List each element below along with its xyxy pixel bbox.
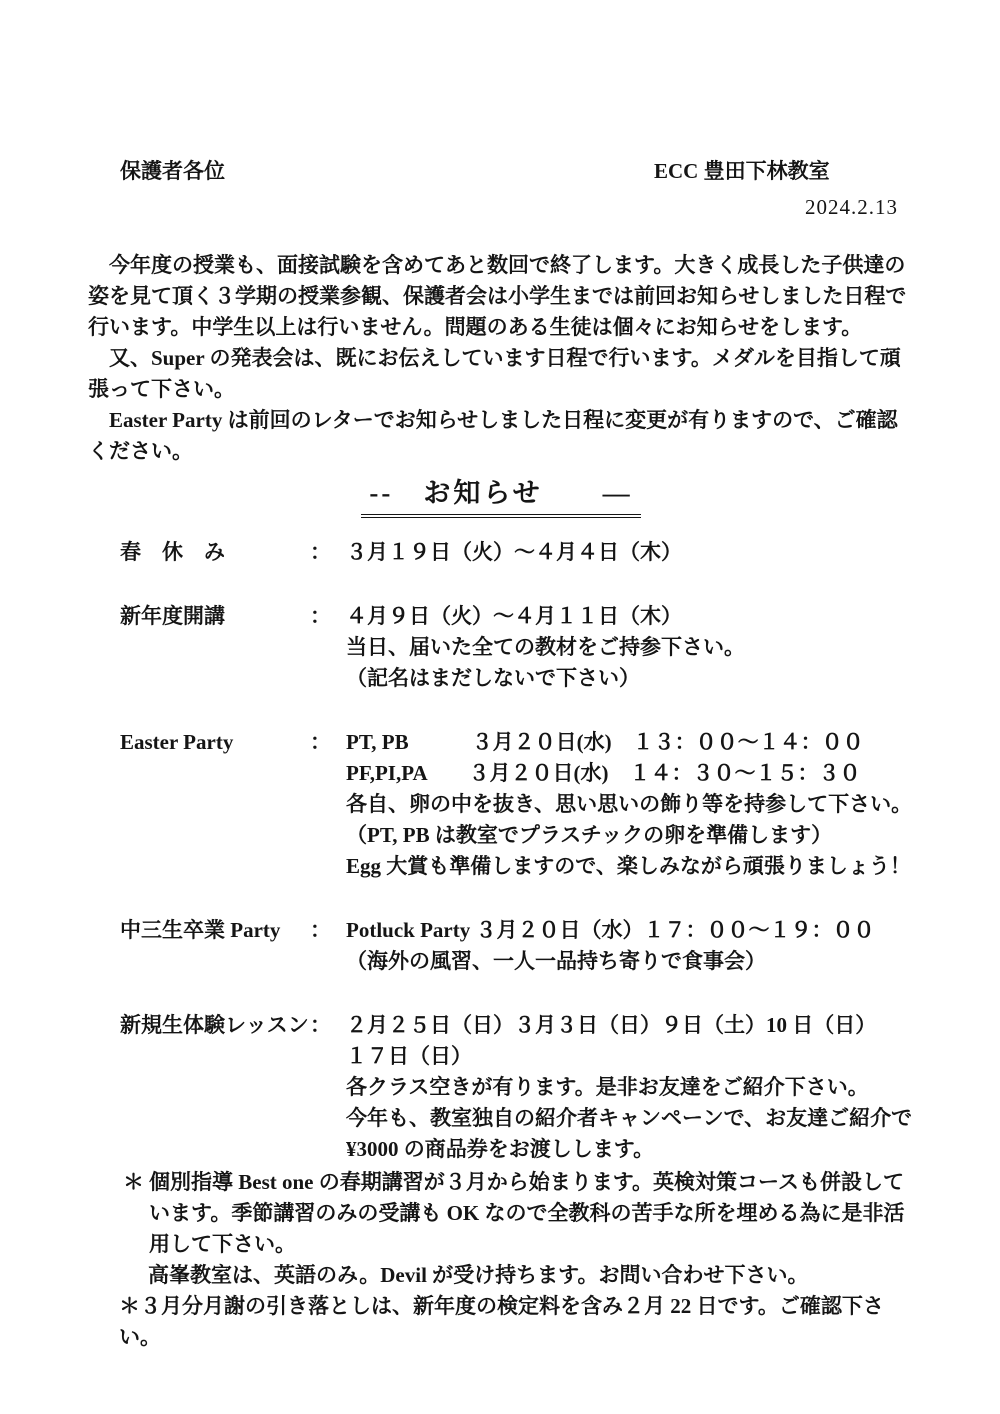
item-line: 当日、届いた全ての教材をご持参下さい。 <box>346 632 914 663</box>
intro-paragraph-1: 今年度の授業も、面接試験を含めてあと数回で終了します。大きく成長した子供達の姿を… <box>88 250 914 343</box>
notice-section: 春 休 み ： ３月１９日（火）～４月４日（木） 新年度開講 ： ４月９日（火）… <box>88 537 914 1165</box>
item-line: PF,PI,PA ３月２０日(水) １４：３０～１５：３０ <box>346 758 914 789</box>
item-line: ３月１９日（火）～４月４日（木） <box>346 537 914 568</box>
footnote-tuition: ＊３月分月謝の引き落としは、新年度の検定料を含み２月 22 日です。ご確認下さい… <box>88 1291 914 1353</box>
item-colon: ： <box>310 1010 346 1041</box>
school-name: ECC 豊田下林教室 <box>654 156 830 187</box>
item-body: ３月１９日（火）～４月４日（木） <box>346 537 914 568</box>
item-colon: ： <box>310 915 346 946</box>
document-content: 保護者各位 ECC 豊田下林教室 2024.2.13 今年度の授業も、面接試験を… <box>88 150 914 1353</box>
item-colon: ： <box>310 727 346 758</box>
document-header: 保護者各位 ECC 豊田下林教室 2024.2.13 <box>88 150 914 250</box>
item-body: Potluck Party ３月２０日（水）１７：００～１９：００ （海外の風習… <box>346 915 914 977</box>
item-colon: ： <box>310 601 346 632</box>
footnote-best-one: ＊ 個別指導 Best one の春期講習が３月から始まります。英検対策コースも… <box>88 1167 914 1260</box>
footnote-text: 個別指導 Best one の春期講習が３月から始まります。英検対策コースも併設… <box>149 1167 914 1260</box>
intro-section: 今年度の授業も、面接試験を含めてあと数回で終了します。大きく成長した子供達の姿を… <box>88 250 914 467</box>
item-line: Egg 大賞も準備しますので、楽しみながら頑張りましょう！ <box>346 851 914 882</box>
item-line: （海外の風習、一人一品持ち寄りで食事会） <box>346 946 914 977</box>
footnote-marker: ＊ <box>123 1167 149 1260</box>
item-body: ２月２５日（日）３月３日（日）９日（土）10 日（日） １７日（日） 各クラス空… <box>346 1010 914 1165</box>
footnote-marker: ＊ <box>119 1294 140 1318</box>
footnotes-section: ＊ 個別指導 Best one の春期講習が３月から始まります。英検対策コースも… <box>88 1167 914 1353</box>
item-line: Potluck Party ３月２０日（水）１７：００～１９：００ <box>346 915 914 946</box>
footnote-text: ３月分月謝の引き落としは、新年度の検定料を含み２月 22 日です。ご確認下さい。 <box>119 1294 884 1349</box>
intro-paragraph-3: Easter Party は前回のレターでお知らせしました日程に変更が有りますの… <box>88 405 914 467</box>
item-line: 各クラス空きが有ります。是非お友達をご紹介下さい。 <box>346 1072 914 1103</box>
item-label: 春 休 み <box>120 537 310 568</box>
item-line: ¥3000 の商品券をお渡しします。 <box>346 1134 914 1165</box>
document-page: 保護者各位 ECC 豊田下林教室 2024.2.13 今年度の授業も、面接試験を… <box>0 0 1000 1414</box>
item-line: （記名はまだしないで下さい） <box>346 663 914 694</box>
item-label: 中三生卒業 Party <box>120 915 310 946</box>
notice-item-new-term: 新年度開講 ： ４月９日（火）～４月１１日（木） 当日、届いた全ての教材をご持参… <box>88 601 914 694</box>
recipient-line: 保護者各位 <box>120 156 225 187</box>
item-label: 新規生体験レッスン <box>120 1010 310 1041</box>
item-colon: ： <box>310 537 346 568</box>
item-body: PT, PB ３月２０日(水) １３：００～１４：００ PF,PI,PA ３月２… <box>346 727 914 882</box>
notice-title: -- お知らせ ― <box>361 475 640 518</box>
footnote-takamine: 高峯教室は、英語のみ。Devil が受け持ちます。お問い合わせ下さい。 <box>88 1260 914 1291</box>
item-label: 新年度開講 <box>120 601 310 632</box>
item-line: ２月２５日（日）３月３日（日）９日（土）10 日（日） <box>346 1010 914 1041</box>
item-line: ４月９日（火）～４月１１日（木） <box>346 601 914 632</box>
item-body: ４月９日（火）～４月１１日（木） 当日、届いた全ての教材をご持参下さい。 （記名… <box>346 601 914 694</box>
notice-item-graduation-party: 中三生卒業 Party ： Potluck Party ３月２０日（水）１７：０… <box>88 915 914 977</box>
notice-title-wrap: -- お知らせ ― <box>88 475 914 527</box>
notice-item-trial-lesson: 新規生体験レッスン ： ２月２５日（日）３月３日（日）９日（土）10 日（日） … <box>88 1010 914 1165</box>
item-line: PT, PB ３月２０日(水) １３：００～１４：００ <box>346 727 914 758</box>
item-label: Easter Party <box>120 727 310 758</box>
document-date: 2024.2.13 <box>805 192 898 223</box>
item-line: （PT, PB は教室でプラスチックの卵を準備します） <box>346 820 914 851</box>
notice-item-spring-break: 春 休 み ： ３月１９日（火）～４月４日（木） <box>88 537 914 568</box>
intro-paragraph-2: 又、Super の発表会は、既にお伝えしています日程で行います。メダルを目指して… <box>88 343 914 405</box>
item-line: 各自、卵の中を抜き、思い思いの飾り等を持参して下さい。 <box>346 789 914 820</box>
item-line: 今年も、教室独自の紹介者キャンペーンで、お友達ご紹介で <box>346 1103 914 1134</box>
item-line: １７日（日） <box>346 1041 914 1072</box>
notice-item-easter-party: Easter Party ： PT, PB ３月２０日(水) １３：００～１４：… <box>88 727 914 882</box>
